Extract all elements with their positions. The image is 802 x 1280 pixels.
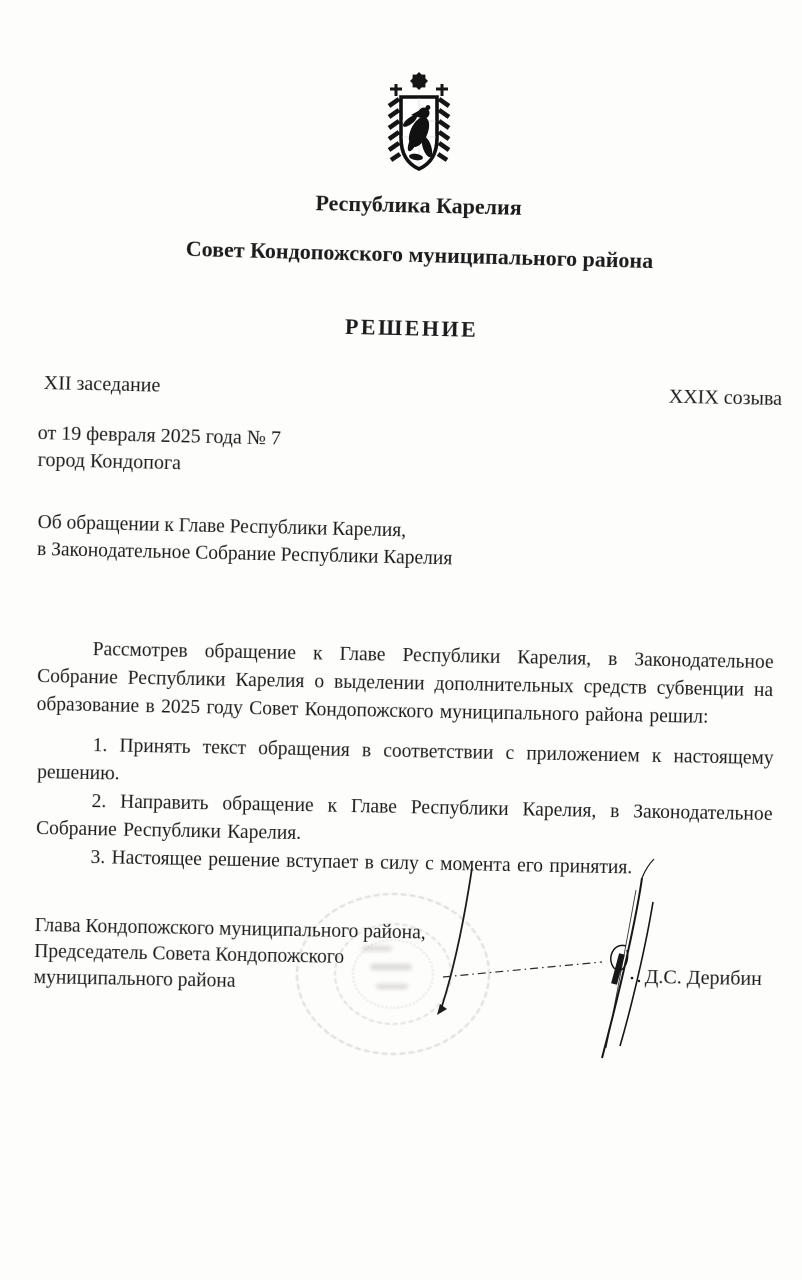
signatory-position: Глава Кондопожского муниципального район… <box>34 913 426 998</box>
handwritten-signature <box>602 859 654 1058</box>
city-line: город Кондопога <box>37 449 181 475</box>
handwritten-tick-stroke <box>437 868 472 1015</box>
date-number-line: от 19 февраля 2025 года № 7 <box>37 422 281 451</box>
convocation-label: XXIX созыва <box>668 386 782 411</box>
region-title: Республика Карелия <box>0 183 802 227</box>
signatory-name: Д.С. Дерибин <box>645 966 762 991</box>
scanned-document-page: Республика Карелия Совет Кондопожского м… <box>0 0 802 1280</box>
doc-type-title: РЕШЕНИЕ <box>0 306 802 350</box>
subject-block: Об обращении к Главе Республики Карелия,… <box>37 509 453 572</box>
preamble-text: Рассмотрев обращение к Главе Республики … <box>36 635 773 733</box>
session-label: XII заседание <box>43 372 160 398</box>
dash-dot-line <box>443 962 602 977</box>
coat-of-arms-icon <box>386 72 452 174</box>
council-title: Совет Кондопожского муниципального район… <box>0 231 802 278</box>
preamble-paragraph: Рассмотрев обращение к Главе Республики … <box>36 635 773 733</box>
star-icon <box>410 72 428 90</box>
